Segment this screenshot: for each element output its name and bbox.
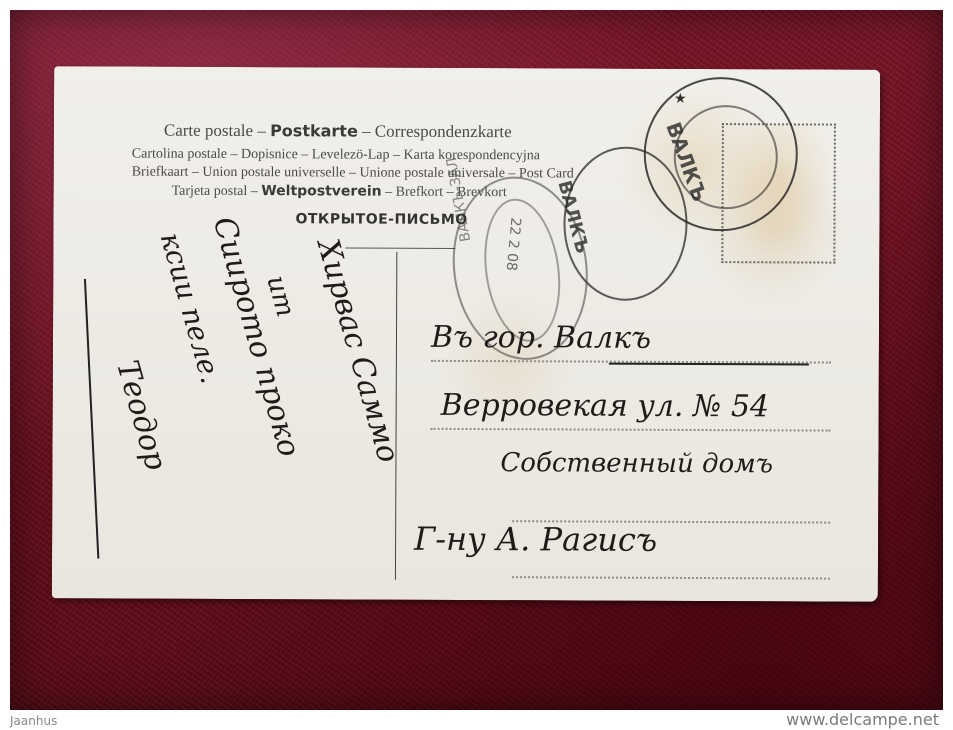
address-line-2 <box>431 428 831 432</box>
header-line-1: Carte postale – Postkarte – Corresponden… <box>164 121 512 143</box>
header-line-2: Cartolina postale – Dopisnice – Levelezö… <box>132 147 540 165</box>
signature-flourish <box>84 278 113 558</box>
address-city: Валкъ <box>554 320 651 355</box>
message-signature: Теодор <box>109 357 173 474</box>
site-watermark: www.delcampe.net <box>786 710 939 729</box>
separator: – <box>382 185 396 200</box>
message-line-3: Сиирото проко <box>206 213 307 461</box>
address-street: Верровекая ул. № 54 <box>441 388 770 424</box>
star-icon: ★ <box>674 91 687 108</box>
separator: – <box>253 121 270 140</box>
address-house: Собственный домъ <box>500 448 773 479</box>
address-city-line: Въ гор. Валкъ <box>431 320 651 356</box>
seller-watermark: Jaanhus <box>10 714 57 728</box>
message-line-1: Хирвас Саммо <box>310 235 406 466</box>
header-correspondenzkarte: Correspondenzkarte <box>375 122 512 142</box>
city-underline <box>609 363 809 366</box>
separator: – <box>358 122 375 141</box>
header-tarjeta-postal: Tarjeta postal <box>172 184 248 199</box>
header-weltpostverein: Weltpostverein <box>261 183 381 200</box>
header-carte-postale: Carte postale <box>164 121 253 140</box>
title-rule <box>345 247 455 248</box>
russian-title: ОТКРЫТОЕ-ПИСЬМО <box>295 211 467 228</box>
center-divider <box>395 252 397 580</box>
separator: – <box>247 184 261 199</box>
address-line-4 <box>512 576 830 579</box>
header-postkarte: Postkarte <box>270 121 358 140</box>
address-recipient: Г-ну А. Рагисъ <box>414 520 657 559</box>
postcard: Carte postale – Postkarte – Corresponden… <box>52 66 880 602</box>
address-prefix: Въ гор. <box>431 320 545 355</box>
